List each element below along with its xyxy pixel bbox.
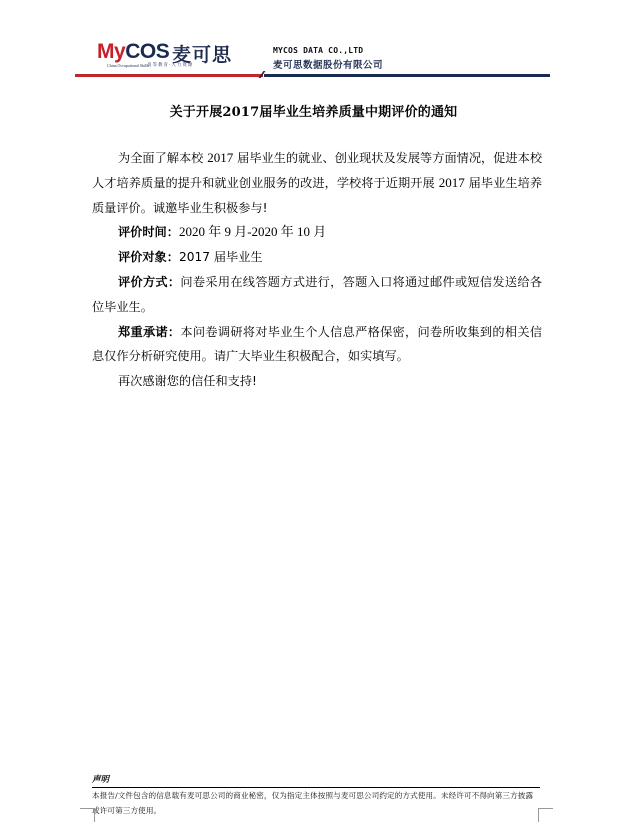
header-rule-red <box>75 74 263 77</box>
logo-tagline-cn: 高等教育·人力资源 <box>147 62 193 68</box>
item-label: 郑重承诺： <box>118 325 180 339</box>
document-title: 关于开展2017届毕业生培养质量中期评价的通知 <box>0 101 627 120</box>
logo-tagline-en: China Occupational Skills <box>107 63 149 68</box>
item-label: 评价对象： <box>118 250 179 264</box>
company-name-en: MYCOS DATA CO.,LTD <box>273 46 383 55</box>
intro-year: 2017 <box>439 175 465 190</box>
item-label: 评价时间： <box>118 225 179 239</box>
header-rule-navy <box>264 74 550 77</box>
intro-year: 2017 <box>207 150 233 165</box>
item-value: 2020 年 9 月-2020 年 10 月 <box>179 224 326 239</box>
item-label: 评价方式： <box>118 275 180 289</box>
item-commitment: 郑重承诺：本问卷调研将对毕业生个人信息严格保密，问卷所收集到的相关信息仅作分析研… <box>92 320 542 370</box>
header-rule <box>75 74 550 77</box>
intro-paragraph: 为全面了解本校 2017 届毕业生的就业、创业现状及发展等方面情况，促进本校人才… <box>92 146 542 220</box>
logo-wordmark: MyCOS <box>97 40 169 64</box>
letterhead: MyCOS 麦可思 China Occupational Skills 高等教育… <box>75 38 550 78</box>
page-corner-mark-left <box>80 808 95 822</box>
closing-line: 再次感谢您的信任和支持! <box>92 369 542 394</box>
disclaimer-text: 本报告/文件包含的信息载有麦可思公司的商业秘密，仅为指定主体按照与麦可思公司约定… <box>92 789 540 818</box>
document-body: 为全面了解本校 2017 届毕业生的就业、创业现状及发展等方面情况，促进本校人才… <box>92 146 542 394</box>
logo-cos: COS <box>125 40 169 63</box>
logo-my: My <box>97 40 125 63</box>
company-name-cn: 麦可思数据股份有限公司 <box>273 57 383 71</box>
item-value: 2017 届毕业生 <box>179 250 263 264</box>
item-target: 评价对象：2017 届毕业生 <box>92 245 542 270</box>
disclaimer: 声明 本报告/文件包含的信息载有麦可思公司的商业秘密，仅为指定主体按照与麦可思公… <box>92 773 540 818</box>
page-corner-mark-right <box>538 808 553 822</box>
company-name: MYCOS DATA CO.,LTD 麦可思数据股份有限公司 <box>273 46 383 71</box>
item-time: 评价时间：2020 年 9 月-2020 年 10 月 <box>92 220 542 245</box>
item-method: 评价方式：问卷采用在线答题方式进行，答题入口将通过邮件或短信发送给各位毕业生。 <box>92 270 542 320</box>
disclaimer-title: 声明 <box>92 773 540 785</box>
intro-text-a: 为全面了解本校 <box>118 151 207 165</box>
disclaimer-rule <box>92 787 540 788</box>
